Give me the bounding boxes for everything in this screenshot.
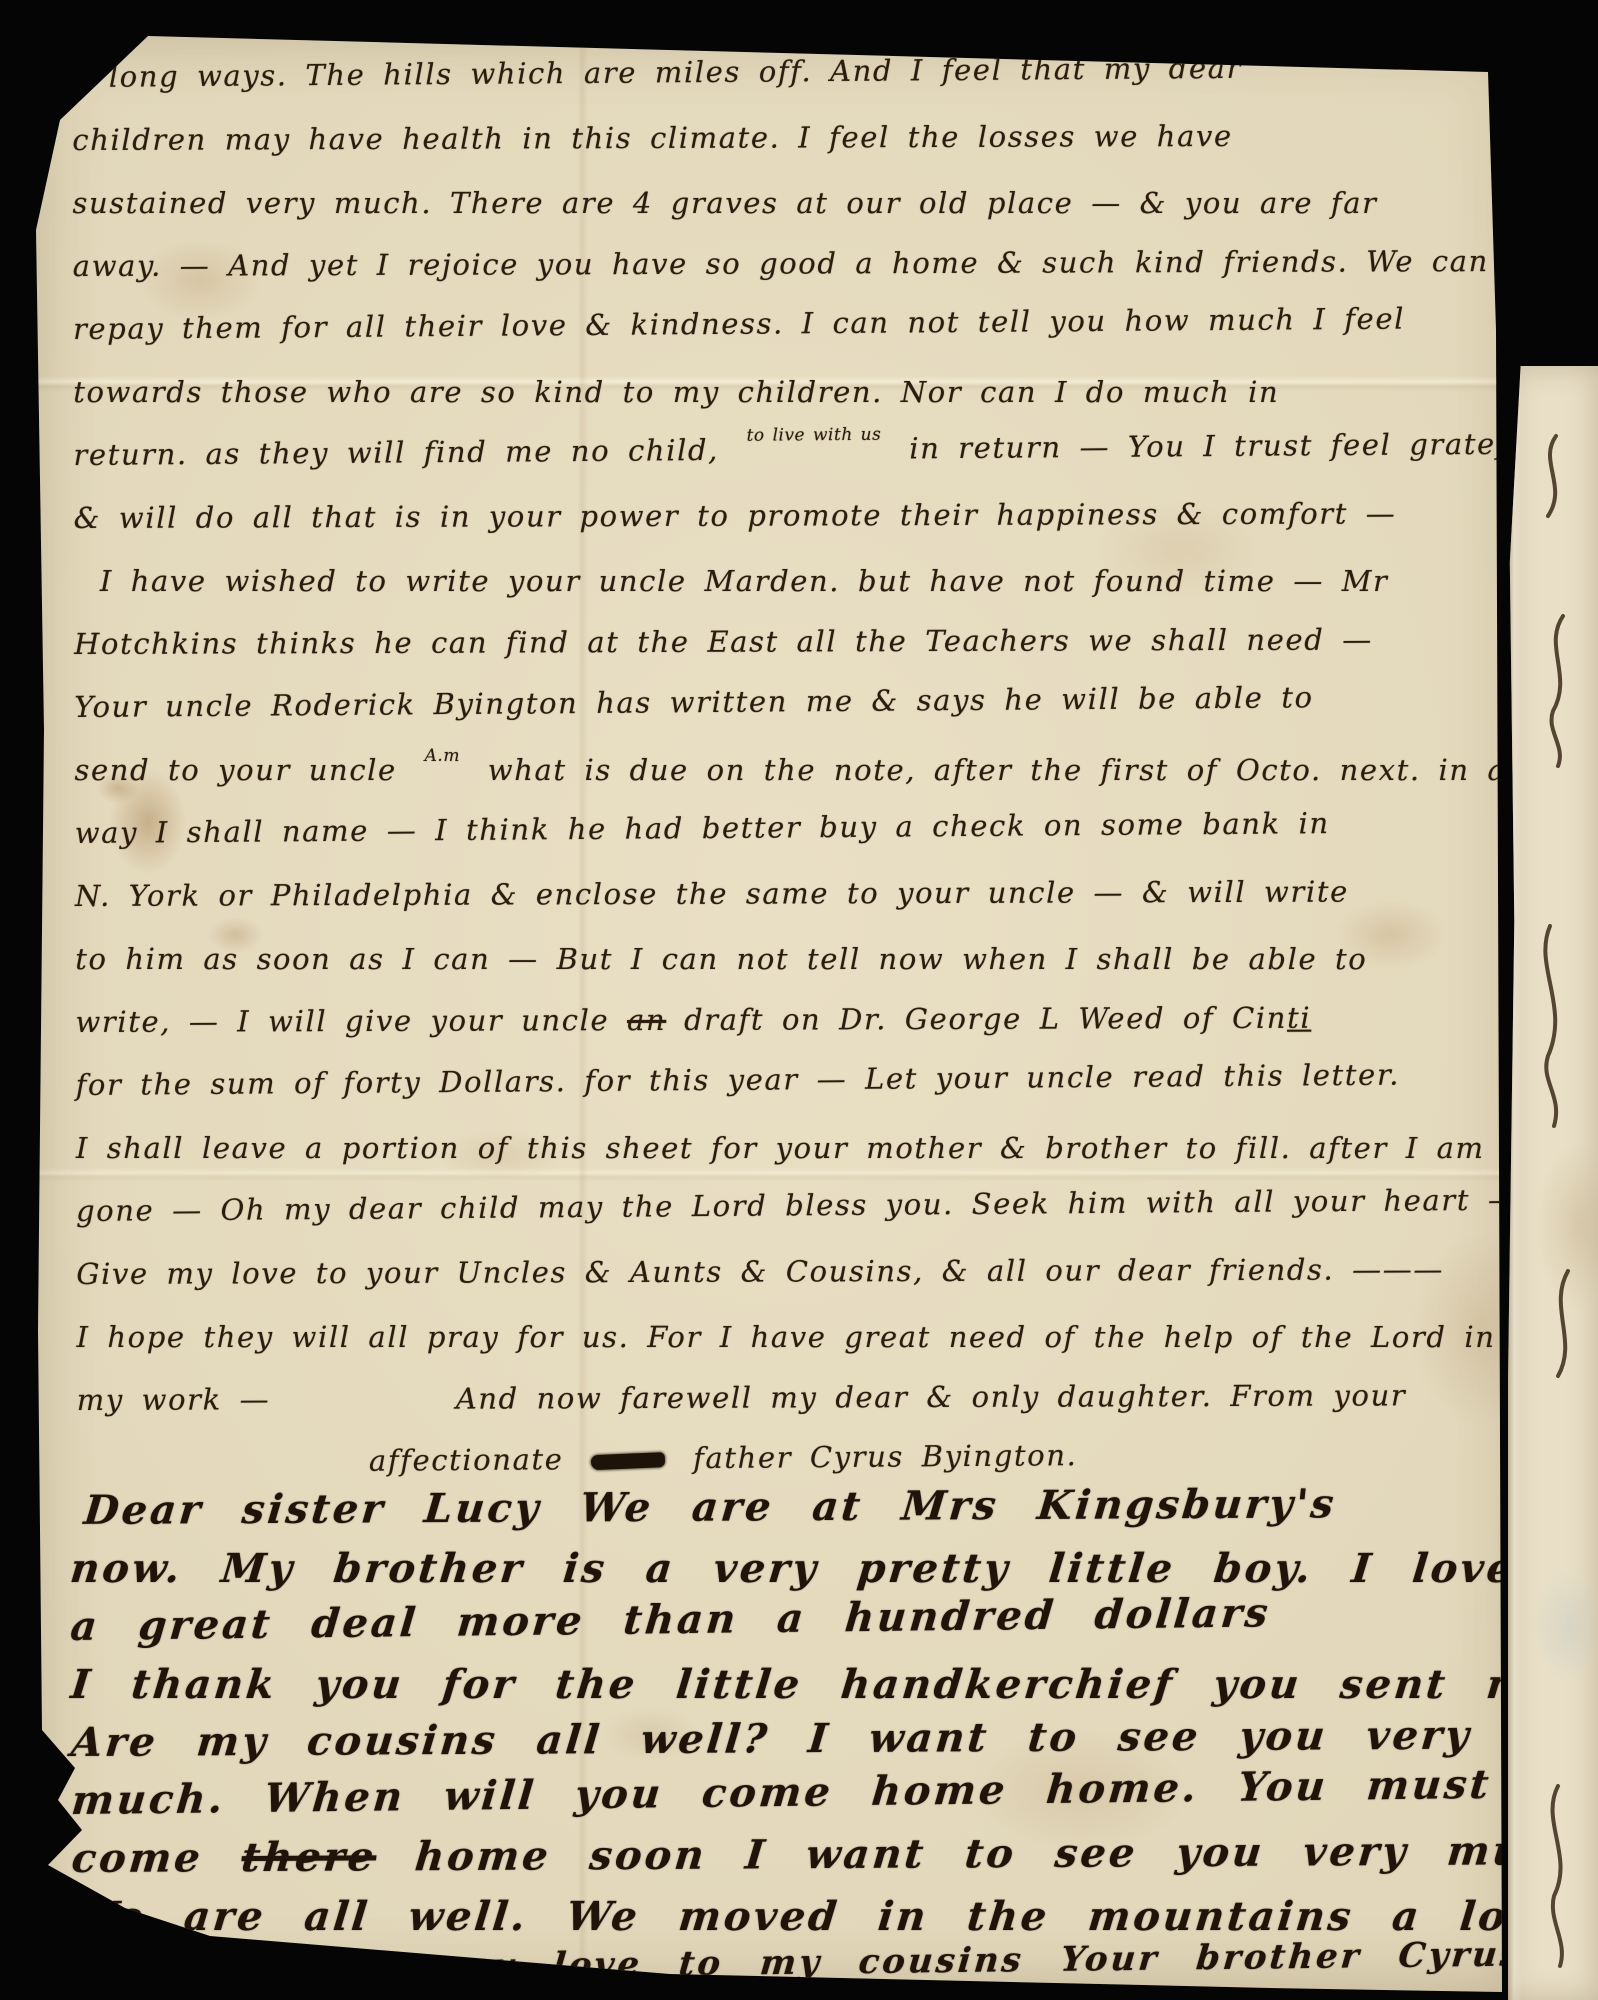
letter-line: children may have health in this climate…: [72, 104, 1502, 172]
letter-line: Give my love to your Uncles & Aunts & Co…: [76, 1238, 1506, 1306]
letter-line: gone — Oh my dear child may the Lord ble…: [76, 1169, 1506, 1243]
line-text: write, — I will give your uncle: [75, 1003, 609, 1039]
ink-blot: [591, 1452, 666, 1470]
letter-line: for the sum of forty Dollars. for this y…: [75, 1043, 1505, 1117]
letter-line: sustained very much. There are 4 graves …: [73, 172, 1503, 235]
letter-line: to him as soon as I can — But I can not …: [75, 928, 1505, 991]
letter-line: repay them for all their love & kindness…: [73, 287, 1503, 361]
struck-word: an: [627, 1003, 666, 1037]
line-spacer: [288, 1409, 438, 1410]
postscript-line: Dear sister Lucy We are at Mrs Kingsbury…: [67, 1474, 1533, 1540]
line-text: return. as they will find me no child,: [73, 433, 719, 472]
adjacent-page-strip: [1508, 366, 1598, 2000]
interline-insertion: to live with us: [746, 427, 881, 445]
line-text: affectionate: [369, 1442, 564, 1478]
underlined-abbreviation: ti: [1287, 1001, 1311, 1035]
line-text: And now farewell my dear & only daughter…: [456, 1378, 1407, 1415]
line-text: draft on Dr. George L Weed of Cin: [684, 1001, 1287, 1037]
line-text: in return — You I trust feel grateful: [909, 426, 1539, 465]
line-text: what is due on the note, after the first…: [488, 753, 1545, 787]
postscript-line: I thank you for the little handkerchief …: [68, 1656, 1533, 1714]
line-text: my work —: [77, 1382, 271, 1417]
struck-word: there: [239, 1833, 378, 1881]
line-text: come: [70, 1834, 206, 1882]
interline-insertion: A.m: [425, 748, 460, 765]
edge-writing-marks: [1508, 366, 1598, 2000]
letter-line: way I shall name — I think he had better…: [75, 791, 1505, 865]
line-text: home soon I want to see you very much: [413, 1827, 1587, 1880]
letter-line: Your uncle Roderick Byington has written…: [74, 665, 1504, 739]
letter-line: I have wished to write your uncle Marden…: [74, 550, 1504, 613]
letter-line: & will do all that is in your power to p…: [74, 482, 1504, 550]
scan-background: { "document": { "type": "handwritten-let…: [0, 0, 1598, 2000]
line-text: send to your uncle: [75, 753, 397, 787]
line-text: father Cyrus Byington.: [693, 1438, 1077, 1475]
letter-line-with-insertion: return. as they will find me no child, t…: [73, 413, 1503, 487]
postscript-line-with-strikeout: come there home soon I want to see you v…: [69, 1822, 1535, 1888]
parent-letter: a long ways. The hills which are miles o…: [72, 41, 1507, 1495]
letter-line: I hope they will all pray for us. For I …: [77, 1306, 1507, 1369]
letter-paper: a long ways. The hills which are miles o…: [30, 30, 1522, 1992]
letter-line: N. York or Philadelphia & enclose the sa…: [75, 860, 1505, 928]
letter-line: a long ways. The hills which are miles o…: [72, 35, 1502, 109]
child-postscript: Dear sister Lucy We are at Mrs Kingsbury…: [70, 1474, 1533, 1996]
